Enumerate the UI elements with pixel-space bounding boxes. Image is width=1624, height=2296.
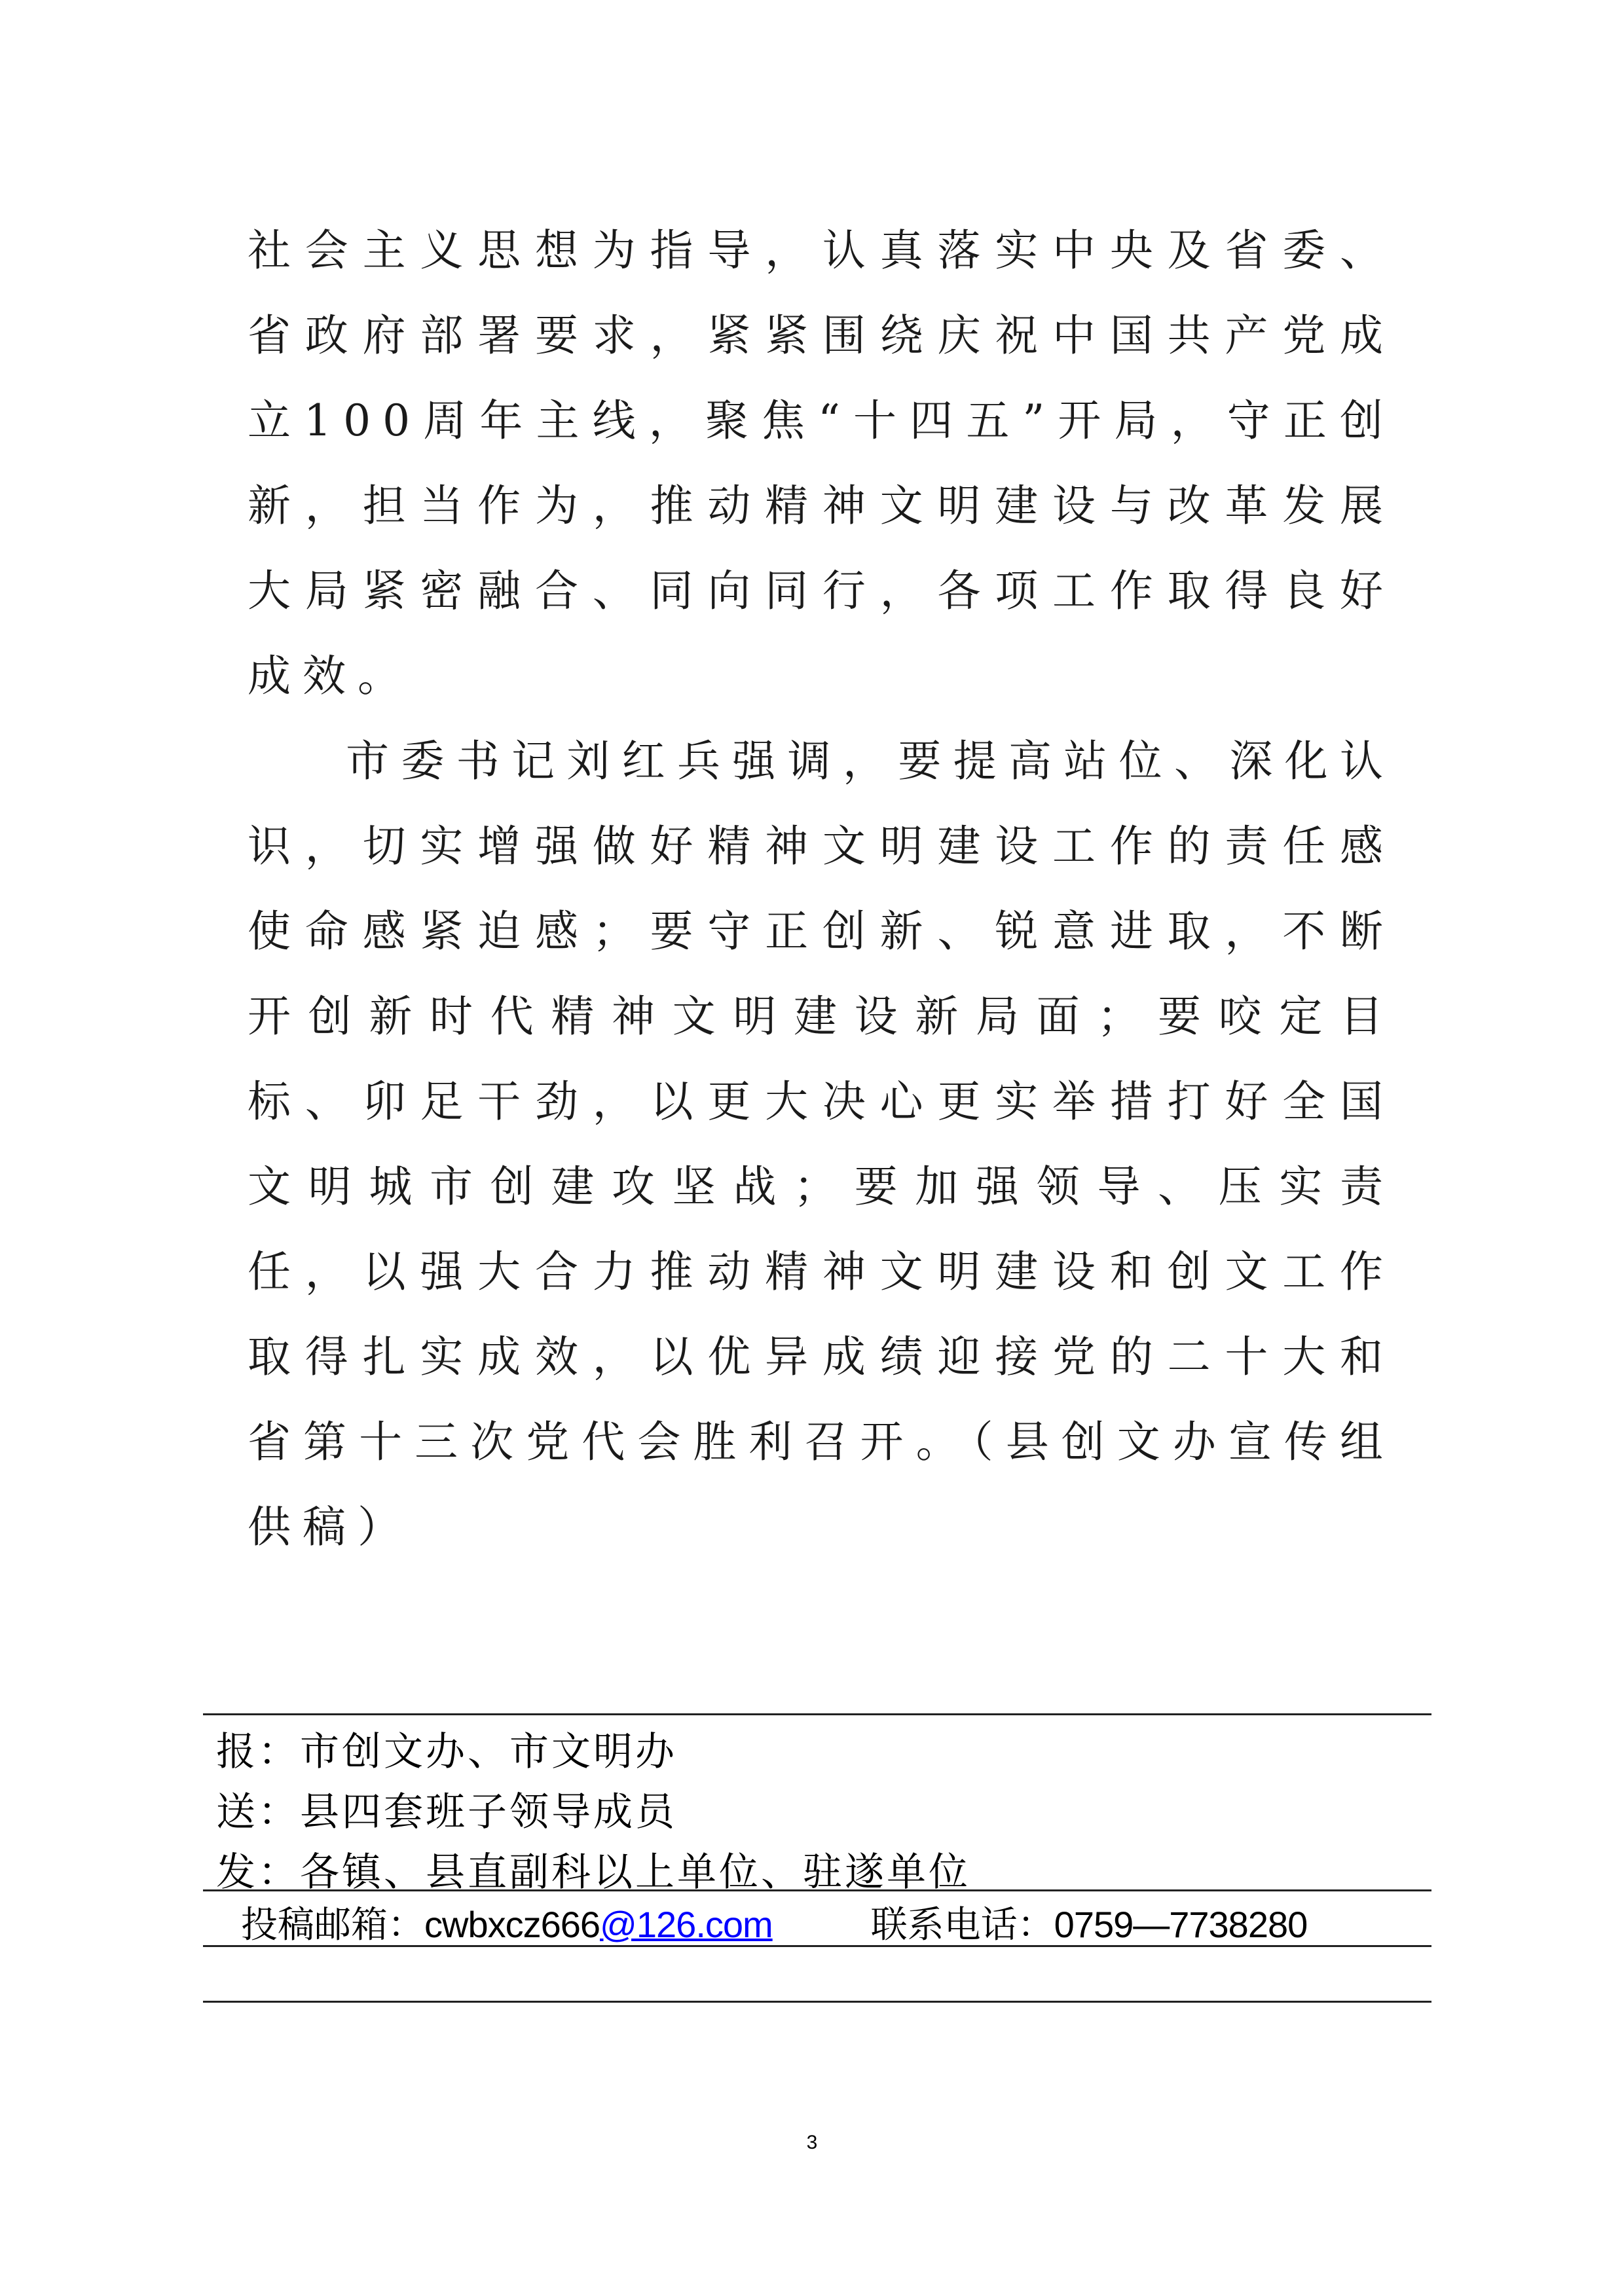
send-to-label: 送： — [216, 1789, 300, 1835]
report-to-row: 报：市创文办、市文明办 — [216, 1722, 970, 1782]
issue-to-value: 各镇、县直副科以上单位、驻遂单位 — [300, 1850, 970, 1895]
email-link[interactable]: @126.com — [600, 1904, 773, 1945]
report-to-label: 报： — [216, 1729, 300, 1775]
article-body: 社会主义思想为指导，认真落实中央及省委、省政府部署要求，紧紧围绕庆祝中国共产党成… — [248, 208, 1395, 1570]
email-block: 投稿邮箱：cwbxcz666@126.com — [241, 1899, 773, 1952]
send-to-row: 送：县四套班子领导成员 — [216, 1782, 970, 1842]
issue-to-label: 发： — [216, 1850, 300, 1895]
page-number: 3 — [0, 2132, 1624, 2154]
phone-number: 0759—7738280 — [1054, 1904, 1308, 1945]
phone-label: 联系电话： — [871, 1904, 1054, 1946]
divider-middle — [203, 1889, 1431, 1891]
divider-lower — [203, 1945, 1431, 1947]
send-to-value: 县四套班子领导成员 — [300, 1789, 677, 1835]
issue-to-row: 发：各镇、县直副科以上单位、驻遂单位 — [216, 1842, 970, 1903]
contact-line: 投稿邮箱：cwbxcz666@126.com 联系电话：0759—7738280 — [241, 1899, 1307, 1952]
divider-bottom — [203, 2001, 1431, 2003]
divider-top — [203, 1713, 1431, 1715]
report-to-value: 市创文办、市文明办 — [300, 1729, 677, 1775]
distribution-list: 报：市创文办、市文明办 送：县四套班子领导成员 发：各镇、县直副科以上单位、驻遂… — [216, 1722, 970, 1903]
paragraph-1: 社会主义思想为指导，认真落实中央及省委、省政府部署要求，紧紧围绕庆祝中国共产党成… — [248, 208, 1395, 719]
email-user: cwbxcz666 — [424, 1904, 600, 1945]
phone-block: 联系电话：0759—7738280 — [871, 1899, 1308, 1952]
paragraph-2: 市委书记刘红兵强调，要提高站位、深化认识，切实增强做好精神文明建设工作的责任感使… — [248, 719, 1395, 1570]
email-label: 投稿邮箱： — [241, 1904, 424, 1946]
